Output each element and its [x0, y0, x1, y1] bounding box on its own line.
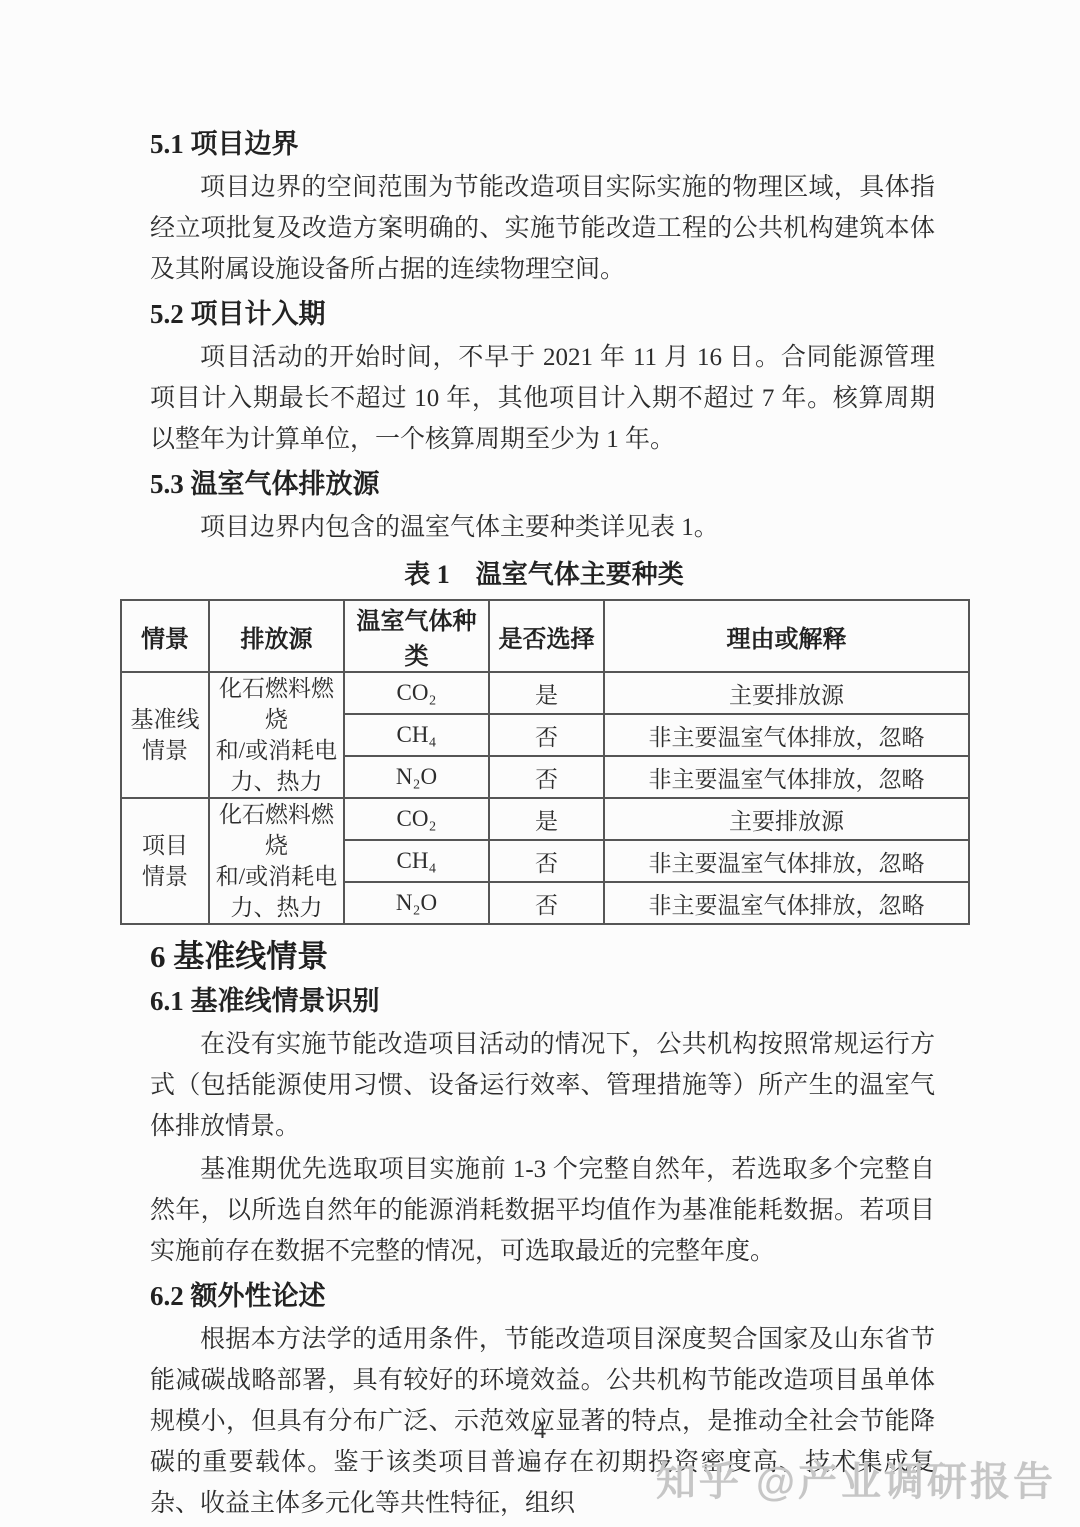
watermark-zhihu: 知乎 @产业调研报告 — [656, 1450, 1056, 1507]
document-page: 5.1 项目边界 项目边界的空间范围为节能改造项目实际实施的物理区域，具体指经立… — [0, 0, 1080, 1527]
table-header-scenario: 情景 — [121, 600, 209, 672]
cell-source-project: 化石燃料燃烧 和/或消耗电 力、热力 — [209, 798, 344, 924]
page-number: 4 — [0, 1418, 1080, 1445]
cell-reason: 非主要温室气体排放，忽略 — [604, 882, 969, 924]
cell-reason: 主要排放源 — [604, 798, 969, 840]
paragraph-5-1: 项目边界的空间范围为节能改造项目实际实施的物理区域，具体指经立项批复及改造方案明… — [150, 167, 935, 290]
cell-gas: CH₄ — [344, 840, 489, 882]
cell-gas: N₂O — [344, 882, 489, 924]
cell-selected: 是 — [489, 672, 604, 714]
ghg-types-table: 情景 排放源 温室气体种类 是否选择 理由或解释 基准线 情景 化石燃料燃烧 和… — [120, 599, 970, 925]
paragraph-6-1-b: 基准期优先选取项目实施前 1-3 个完整自然年，若选取多个完整自然年，以所选自然… — [150, 1149, 935, 1272]
cell-gas: CH₄ — [344, 714, 489, 756]
cell-scenario-project: 项目 情景 — [121, 798, 209, 924]
heading-6-1: 6.1 基准线情景识别 — [150, 985, 935, 1018]
heading-5-2: 5.2 项目计入期 — [150, 298, 935, 331]
cell-reason: 非主要温室气体排放，忽略 — [604, 714, 969, 756]
table-header-selected: 是否选择 — [489, 600, 604, 672]
table-row: 项目 情景 化石燃料燃烧 和/或消耗电 力、热力 CO₂ 是 主要排放源 — [121, 798, 969, 840]
cell-scenario-baseline: 基准线 情景 — [121, 672, 209, 798]
cell-selected: 否 — [489, 714, 604, 756]
cell-gas: N₂O — [344, 756, 489, 798]
heading-5-3: 5.3 温室气体排放源 — [150, 468, 935, 501]
cell-reason: 主要排放源 — [604, 672, 969, 714]
cell-source-baseline: 化石燃料燃烧 和/或消耗电 力、热力 — [209, 672, 344, 798]
table-row: 基准线 情景 化石燃料燃烧 和/或消耗电 力、热力 CO₂ 是 主要排放源 — [121, 672, 969, 714]
page-content: 5.1 项目边界 项目边界的空间范围为节能改造项目实际实施的物理区域，具体指经立… — [0, 0, 1080, 1527]
heading-6-2: 6.2 额外性论述 — [150, 1280, 935, 1313]
cell-selected: 否 — [489, 882, 604, 924]
table-header-source: 排放源 — [209, 600, 344, 672]
table-1-caption: 表 1 温室气体主要种类 — [120, 554, 968, 591]
cell-reason: 非主要温室气体排放，忽略 — [604, 756, 969, 798]
heading-6: 6 基准线情景 — [150, 937, 935, 977]
paragraph-6-1-a: 在没有实施节能改造项目活动的情况下，公共机构按照常规运行方式（包括能源使用习惯、… — [150, 1024, 935, 1147]
heading-5-1: 5.1 项目边界 — [150, 128, 935, 161]
cell-gas: CO₂ — [344, 672, 489, 714]
table-header-reason: 理由或解释 — [604, 600, 969, 672]
paragraph-5-2: 项目活动的开始时间，不早于 2021 年 11 月 16 日。合同能源管理项目计… — [150, 337, 935, 460]
cell-selected: 是 — [489, 798, 604, 840]
cell-selected: 否 — [489, 840, 604, 882]
table-header-row: 情景 排放源 温室气体种类 是否选择 理由或解释 — [121, 600, 969, 672]
cell-gas: CO₂ — [344, 798, 489, 840]
table-header-gas-type: 温室气体种类 — [344, 600, 489, 672]
paragraph-5-3: 项目边界内包含的温室气体主要种类详见表 1。 — [150, 507, 935, 548]
cell-selected: 否 — [489, 756, 604, 798]
cell-reason: 非主要温室气体排放，忽略 — [604, 840, 969, 882]
